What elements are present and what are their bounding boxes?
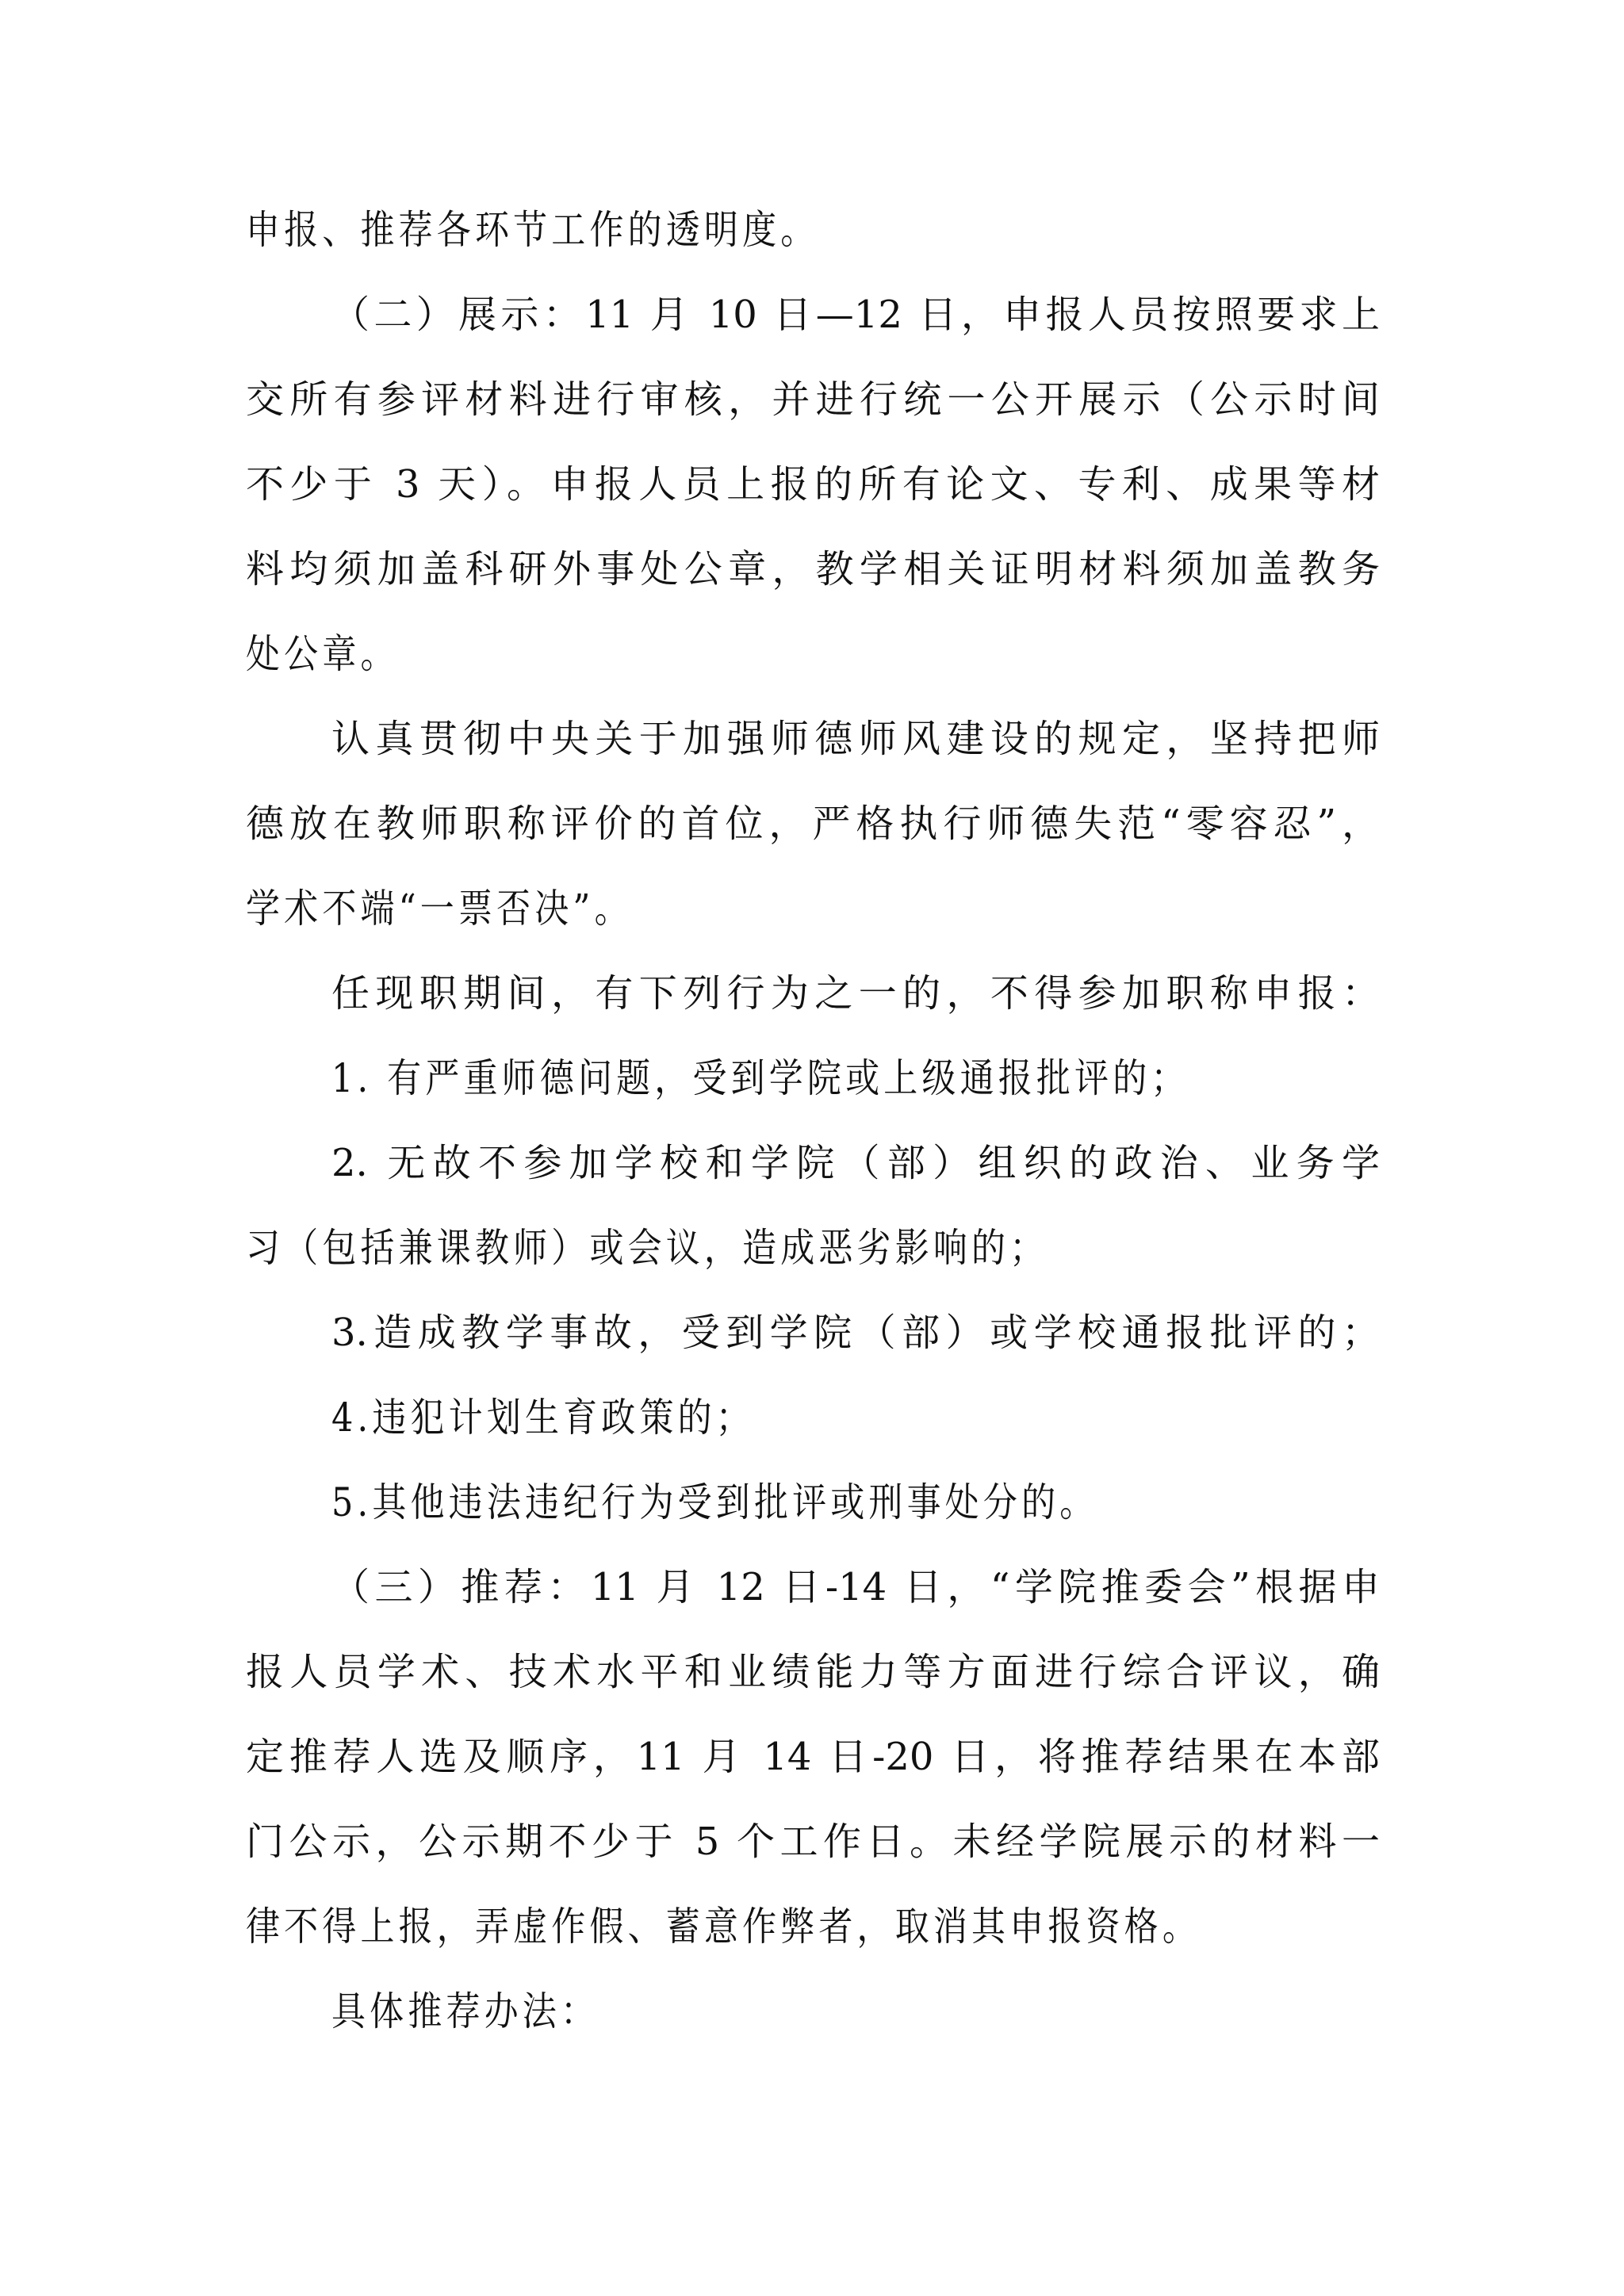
text-line: 门公示，公示期不少于 5 个工作日。未经学院展示的材料一 <box>246 1814 1380 1869</box>
list-item: 1. 有严重师德问题，受到学院或上级通报批评的； <box>331 1050 1233 1106</box>
text-line: 德放在教师职称评价的首位，严格执行师德失范“零容忍”， <box>246 796 1380 851</box>
list-item: 2. 无故不参加学校和学院（部）组织的政治、业务学 <box>331 1135 1380 1191</box>
list-item: 习（包括兼课教师）或会议，造成恶劣影响的； <box>246 1220 1221 1276</box>
text-line: 申报、推荐各环节工作的透明度。 <box>246 202 1221 258</box>
list-item: 3.造成教学事故，受到学院（部）或学校通报批评的； <box>331 1305 1380 1360</box>
text-line: 报人员学术、技术水平和业绩能力等方面进行综合评议，确 <box>246 1644 1380 1700</box>
text-line: 处公章。 <box>246 626 1221 682</box>
text-line: 具体推荐办法： <box>331 1984 1233 2039</box>
text-line: 任现职期间，有下列行为之一的，不得参加职称申报： <box>331 966 1380 1021</box>
text-line: 交所有参评材料进行审核，并进行统一公开展示（公示时间 <box>246 372 1380 427</box>
text-line: （二）展示：11 月 10 日—12 日，申报人员按照要求上 <box>331 287 1380 342</box>
text-line: 定推荐人选及顺序，11 月 14 日-20 日，将推荐结果在本部 <box>246 1729 1380 1785</box>
text-line: 认真贯彻中央关于加强师德师风建设的规定，坚持把师 <box>331 711 1380 767</box>
text-line: 律不得上报，弄虚作假、蓄意作弊者，取消其申报资格。 <box>246 1899 1221 1954</box>
list-item: 4.违犯计划生育政策的； <box>331 1390 1233 1445</box>
text-line: 料均须加盖科研外事处公章，教学相关证明材料须加盖教务 <box>246 541 1380 597</box>
document-page: 申报、推荐各环节工作的透明度。 （二）展示：11 月 10 日—12 日，申报人… <box>0 0 1624 2296</box>
text-line: （三）推荐：11 月 12 日-14 日，“学院推委会”根据申 <box>331 1559 1380 1615</box>
list-item: 5.其他违法违纪行为受到批评或刑事处分的。 <box>331 1475 1233 1530</box>
text-line: 学术不端“一票否决”。 <box>246 881 1221 936</box>
text-line: 不少于 3 天）。申报人员上报的所有论文、专利、成果等材 <box>246 457 1380 512</box>
